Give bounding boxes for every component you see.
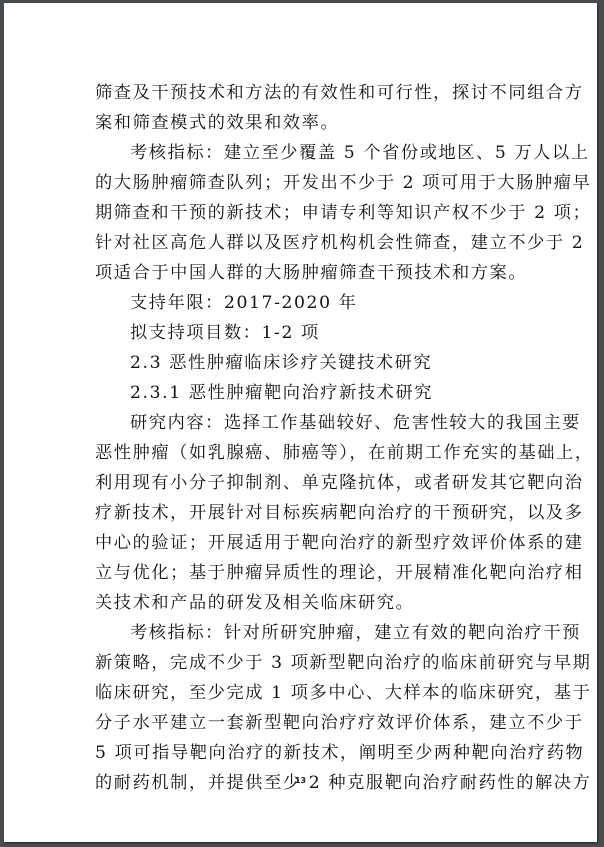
text-line: 筛查及干预技术和方法的有效性和可行性，探讨不同组合方 <box>95 78 515 108</box>
text-line: 新策略，完成不少于 3 项新型靶向治疗的临床前研究与早期 <box>95 648 515 678</box>
assessment-indicators-paragraph-start: 考核指标：建立至少覆盖 5 个省份或地区、5 万人以上 <box>95 138 515 168</box>
text-line: 针对社区高危人群以及医疗机构机会性筛查，建立不少于 2 <box>95 228 515 258</box>
text-line: 临床研究，至少完成 1 项多中心、大样本的临床研究，基于 <box>95 678 515 708</box>
text-line: 项适合于中国人群的大肠肿瘤筛查干预技术和方案。 <box>95 258 515 288</box>
document-page: 筛查及干预技术和方法的有效性和可行性，探讨不同组合方 案和筛查模式的效果和效率。… <box>4 3 597 842</box>
text-line: 案和筛查模式的效果和效率。 <box>95 108 515 138</box>
project-count: 拟支持项目数：1-2 项 <box>95 318 515 348</box>
text-line: 的大肠肿瘤筛查队列；开发出不少于 2 项可用于大肠肿瘤早 <box>95 168 515 198</box>
document-body: 筛查及干预技术和方法的有效性和可行性，探讨不同组合方 案和筛查模式的效果和效率。… <box>95 78 515 798</box>
text-line: 立与优化；基于肿瘤异质性的理论，开展精准化靶向治疗相 <box>95 558 515 588</box>
section-heading-2-3: 2.3 恶性肿瘤临床诊疗关键技术研究 <box>95 348 515 378</box>
text-line: 5 项可指导靶向治疗的新技术，阐明至少两种靶向治疗药物 <box>95 738 515 768</box>
page-number: 13 <box>4 776 597 785</box>
text-line: 分子水平建立一套新型靶向治疗疗效评价体系，建立不少于 <box>95 708 515 738</box>
research-content-paragraph-start: 研究内容：选择工作基础较好、危害性较大的我国主要 <box>95 408 515 438</box>
section-heading-2-3-1: 2.3.1 恶性肿瘤靶向治疗新技术研究 <box>95 378 515 408</box>
assessment-indicators-paragraph-start: 考核指标：针对所研究肿瘤，建立有效的靶向治疗干预 <box>95 618 515 648</box>
text-line: 利用现有小分子抑制剂、单克隆抗体，或者研发其它靶向治 <box>95 468 515 498</box>
text-line: 关技术和产品的研发及相关临床研究。 <box>95 588 515 618</box>
text-line: 中心的验证；开展适用于靶向治疗的新型疗效评价体系的建 <box>95 528 515 558</box>
support-period: 支持年限：2017-2020 年 <box>95 288 515 318</box>
text-line: 恶性肿瘤（如乳腺癌、肺癌等），在前期工作充实的基础上， <box>95 438 515 468</box>
text-line: 疗新技术，开展针对目标疾病靶向治疗的干预研究，以及多 <box>95 498 515 528</box>
text-line: 期筛查和干预的新技术；申请专利等知识产权不少于 2 项； <box>95 198 515 228</box>
